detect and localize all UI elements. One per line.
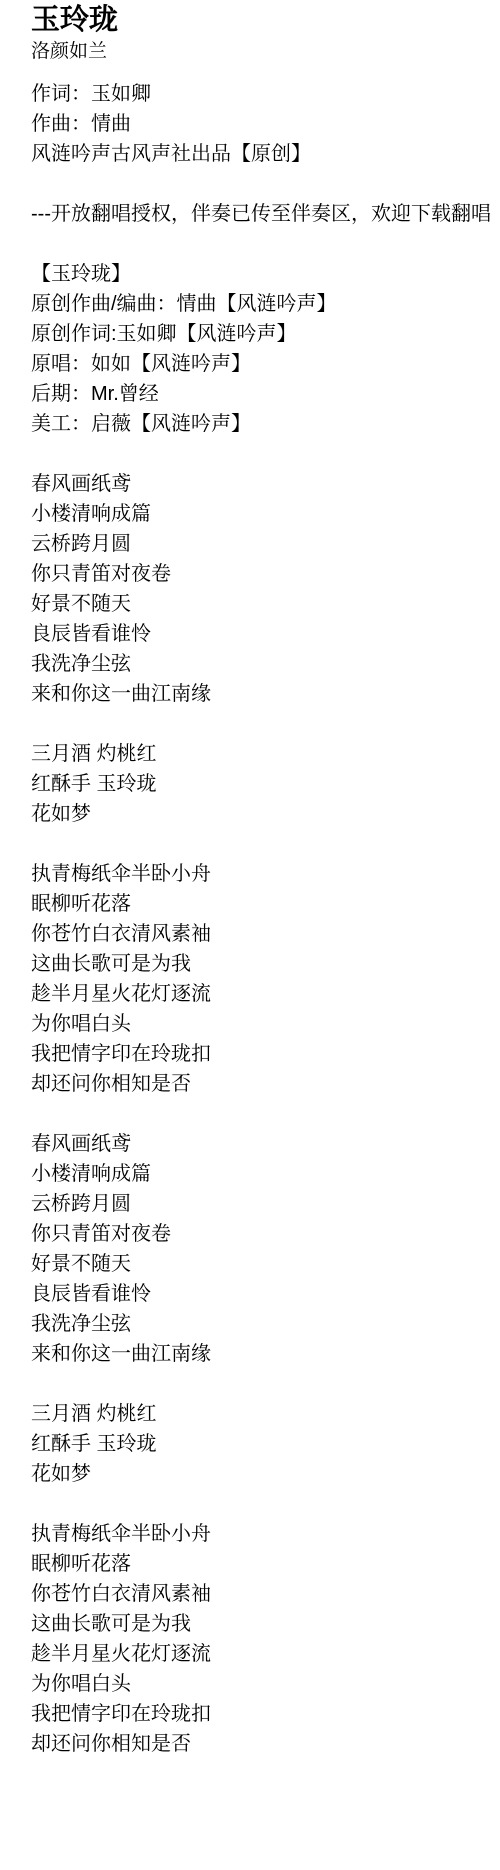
text-line: 为你唱白头 — [31, 1669, 500, 1699]
text-line: 小楼清响成篇 — [31, 1159, 500, 1189]
blank-line — [31, 439, 500, 469]
blank-line — [31, 1369, 500, 1399]
text-line: 我把情字印在玲珑扣 — [31, 1039, 500, 1069]
text-line: 这曲长歌可是为我 — [31, 949, 500, 979]
blank-line — [31, 709, 500, 739]
text-line: 红酥手 玉玲珑 — [31, 1429, 500, 1459]
text-line: 良辰皆看谁怜 — [31, 1279, 500, 1309]
artist-name: 洛颜如兰 — [31, 38, 500, 65]
text-line: 三月酒 灼桃红 — [31, 739, 500, 769]
text-line: 云桥跨月圆 — [31, 529, 500, 559]
text-line: 花如梦 — [31, 799, 500, 829]
text-line: 花如梦 — [31, 1459, 500, 1489]
text-line: 良辰皆看谁怜 — [31, 619, 500, 649]
text-line: 原创作曲/编曲：情曲【风涟吟声】 — [31, 289, 500, 319]
text-line: 好景不随天 — [31, 589, 500, 619]
lyrics-page: 玉玲珑 洛颜如兰 作词：玉如卿作曲：情曲风涟吟声古风声社出品【原创】---开放翻… — [0, 0, 500, 1870]
text-line: 作词：玉如卿 — [31, 79, 500, 109]
text-line: 趁半月星火花灯逐流 — [31, 979, 500, 1009]
text-line: 眠柳听花落 — [31, 889, 500, 919]
text-line: 春风画纸鸢 — [31, 469, 500, 499]
text-line: 我洗净尘弦 — [31, 649, 500, 679]
blank-line — [31, 169, 500, 199]
text-line: 却还问你相知是否 — [31, 1729, 500, 1759]
text-line: 你只青笛对夜卷 — [31, 1219, 500, 1249]
text-line: 春风画纸鸢 — [31, 1129, 500, 1159]
text-line: 红酥手 玉玲珑 — [31, 769, 500, 799]
blank-line — [31, 229, 500, 259]
text-line: 你只青笛对夜卷 — [31, 559, 500, 589]
blank-line — [31, 1489, 500, 1519]
text-line: 风涟吟声古风声社出品【原创】 — [31, 139, 500, 169]
text-line: 趁半月星火花灯逐流 — [31, 1639, 500, 1669]
text-line: ---开放翻唱授权，伴奏已传至伴奏区，欢迎下载翻唱（ — [31, 199, 500, 229]
text-line: 【玉玲珑】 — [31, 259, 500, 289]
text-line: 来和你这一曲江南缘 — [31, 1339, 500, 1369]
text-line: 我洗净尘弦 — [31, 1309, 500, 1339]
text-line: 却还问你相知是否 — [31, 1069, 500, 1099]
text-line: 执青梅纸伞半卧小舟 — [31, 1519, 500, 1549]
text-line: 作曲：情曲 — [31, 109, 500, 139]
text-line: 这曲长歌可是为我 — [31, 1609, 500, 1639]
lyrics-lines: 作词：玉如卿作曲：情曲风涟吟声古风声社出品【原创】---开放翻唱授权，伴奏已传至… — [31, 79, 500, 1759]
text-line: 眠柳听花落 — [31, 1549, 500, 1579]
text-line: 你苍竹白衣清风素袖 — [31, 1579, 500, 1609]
blank-line — [31, 829, 500, 859]
text-line: 我把情字印在玲珑扣 — [31, 1699, 500, 1729]
text-line: 原创作词:玉如卿【风涟吟声】 — [31, 319, 500, 349]
text-line: 后期：Mr.曾经 — [31, 379, 500, 409]
text-line: 三月酒 灼桃红 — [31, 1399, 500, 1429]
blank-line — [31, 1099, 500, 1129]
text-line: 你苍竹白衣清风素袖 — [31, 919, 500, 949]
text-line: 为你唱白头 — [31, 1009, 500, 1039]
text-line: 来和你这一曲江南缘 — [31, 679, 500, 709]
text-line: 小楼清响成篇 — [31, 499, 500, 529]
text-line: 原唱：如如【风涟吟声】 — [31, 349, 500, 379]
text-line: 美工：启薇【风涟吟声】 — [31, 409, 500, 439]
text-line: 云桥跨月圆 — [31, 1189, 500, 1219]
text-line: 执青梅纸伞半卧小舟 — [31, 859, 500, 889]
song-title: 玉玲珑 — [31, 3, 500, 38]
text-line: 好景不随天 — [31, 1249, 500, 1279]
